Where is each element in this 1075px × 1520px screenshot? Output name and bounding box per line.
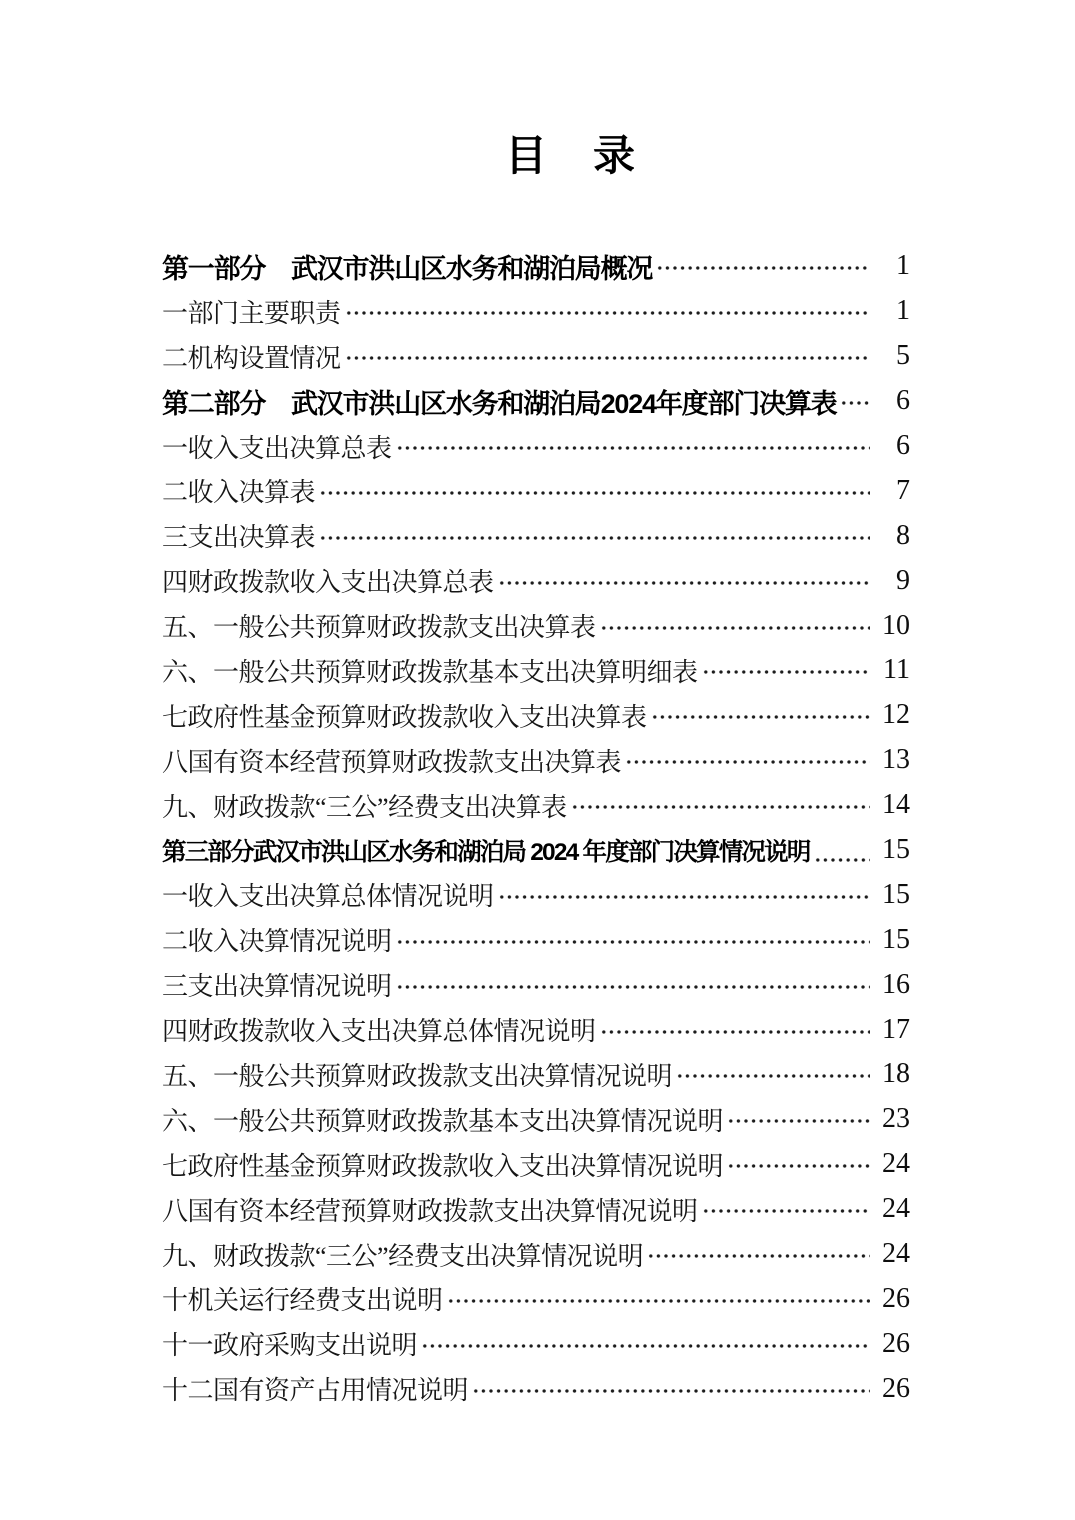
- toc-entry: 三支出决算表 8: [162, 513, 910, 558]
- toc-entry-title: 三支出决算情况说明: [162, 966, 392, 1003]
- dot-leader: [396, 962, 870, 1007]
- toc-entry-title: 一收入支出决算总体情况说明: [162, 876, 494, 913]
- toc-entry-title: 第一部分 武汉市洪山区水务和湖泊局概况: [162, 247, 652, 286]
- toc-entry-title: 十机关运行经费支出说明: [162, 1280, 443, 1317]
- page-number: 9: [880, 565, 910, 597]
- toc-entry: 九、财政拨款“三公”经费支出决算表 14: [162, 783, 910, 828]
- dot-leader: [702, 648, 870, 693]
- page-number: 14: [880, 789, 910, 821]
- dot-leader: [625, 738, 870, 783]
- page-number: 24: [880, 1193, 910, 1225]
- toc-entry: 四财政拨款收入支出决算总体情况说明 17: [162, 1007, 910, 1052]
- toc-entry-title: 七政府性基金预算财政拨款收入支出决算表: [162, 697, 647, 734]
- toc-entry: 七政府性基金预算财政拨款收入支出决算表 12: [162, 693, 910, 738]
- toc-entry: 六、一般公共预算财政拨款基本支出决算情况说明 23: [162, 1097, 910, 1142]
- dot-leader: [345, 334, 870, 379]
- toc-entry: 十二国有资产占用情况说明 26: [162, 1366, 910, 1411]
- page-number: 15: [880, 879, 910, 911]
- page-number: 15: [880, 834, 910, 866]
- toc-entry-title: 第二部分 武汉市洪山区水务和湖泊局2024年度部门决算表: [162, 382, 836, 421]
- toc-entry-title: 一收入支出决算总表: [162, 428, 392, 465]
- toc-entry: 五、一般公共预算财政拨款支出决算表 10: [162, 603, 910, 648]
- dot-leader: [345, 289, 870, 334]
- toc-entry-title: 五、一般公共预算财政拨款支出决算情况说明: [162, 1056, 672, 1093]
- toc-entry: 八国有资本经营预算财政拨款支出决算表 13: [162, 738, 910, 783]
- dot-leader: [727, 1097, 870, 1142]
- page-number: 1: [880, 295, 910, 327]
- toc-entry: 五、一般公共预算财政拨款支出决算情况说明 18: [162, 1052, 910, 1097]
- toc-section-entry: 第一部分 武汉市洪山区水务和湖泊局概况 1: [162, 244, 910, 289]
- toc-entry: 一收入支出决算总体情况说明 15: [162, 872, 910, 917]
- dot-leader: [396, 424, 870, 469]
- page-number: 16: [880, 969, 910, 1001]
- page-number: 26: [880, 1283, 910, 1315]
- page-number: 23: [880, 1103, 910, 1135]
- page-number: 12: [880, 699, 910, 731]
- toc-entry: 八国有资本经营预算财政拨款支出决算情况说明 24: [162, 1187, 910, 1232]
- page-number: 6: [880, 430, 910, 462]
- toc-content: 目 录 第一部分 武汉市洪山区水务和湖泊局概况 1 一部门主要职责 1 二机构设…: [162, 134, 910, 1411]
- toc-entry-title: 三支出决算表: [162, 517, 315, 554]
- toc-entry: 二收入决算表 7: [162, 468, 910, 513]
- dot-leader: [600, 603, 870, 648]
- toc-entry-title: 二机构设置情况: [162, 338, 341, 375]
- dot-leader: [656, 244, 870, 289]
- toc-entry-title: 第三部分武汉市洪山区水务和湖泊局 2024 年度部门决算情况说明: [162, 833, 810, 868]
- dot-leader: [571, 783, 870, 828]
- toc-entry-title: 八国有资本经营预算财政拨款支出决算情况说明: [162, 1191, 698, 1228]
- toc-entry-title: 十一政府采购支出说明: [162, 1325, 417, 1362]
- page-number: 10: [880, 610, 910, 642]
- toc-entry-title: 六、一般公共预算财政拨款基本支出决算明细表: [162, 652, 698, 689]
- document-page: 目 录 第一部分 武汉市洪山区水务和湖泊局概况 1 一部门主要职责 1 二机构设…: [0, 0, 1075, 1520]
- toc-entry: 一部门主要职责 1: [162, 289, 910, 334]
- toc-entry-title: 二收入决算表: [162, 472, 315, 509]
- dot-leader: [472, 1366, 870, 1411]
- toc-entry: 十一政府采购支出说明 26: [162, 1321, 910, 1366]
- toc-entry-title: 五、一般公共预算财政拨款支出决算表: [162, 607, 596, 644]
- toc-entry: 四财政拨款收入支出决算总表 9: [162, 558, 910, 603]
- table-of-contents: 第一部分 武汉市洪山区水务和湖泊局概况 1 一部门主要职责 1 二机构设置情况 …: [162, 244, 910, 1411]
- dot-leader: [676, 1052, 870, 1097]
- page-number: 6: [880, 385, 910, 417]
- dot-leader: [702, 1187, 870, 1232]
- page-number: 1: [880, 250, 910, 282]
- dot-leader: [396, 917, 870, 962]
- page-number: 18: [880, 1058, 910, 1090]
- toc-entry: 十机关运行经费支出说明 26: [162, 1276, 910, 1321]
- toc-entry: 九、财政拨款“三公”经费支出决算情况说明 24: [162, 1232, 910, 1277]
- toc-section-entry: 第三部分武汉市洪山区水务和湖泊局 2024 年度部门决算情况说明 15: [162, 828, 910, 873]
- dot-leader: [498, 558, 870, 603]
- toc-entry-title: 七政府性基金预算财政拨款收入支出决算情况说明: [162, 1146, 723, 1183]
- dot-leader: [600, 1007, 870, 1052]
- page-number: 17: [880, 1014, 910, 1046]
- toc-entry: 六、一般公共预算财政拨款基本支出决算明细表 11: [162, 648, 910, 693]
- dot-leader: [498, 872, 870, 917]
- toc-entry: 三支出决算情况说明 16: [162, 962, 910, 1007]
- dot-leader: [319, 468, 870, 513]
- page-number: 11: [880, 654, 910, 686]
- toc-entry: 一收入支出决算总表 6: [162, 424, 910, 469]
- dot-leader: [319, 513, 870, 558]
- page-number: 15: [880, 924, 910, 956]
- dot-leader: [727, 1142, 870, 1187]
- page-number: 8: [880, 520, 910, 552]
- toc-entry-title: 二收入决算情况说明: [162, 921, 392, 958]
- toc-entry-title: 九、财政拨款“三公”经费支出决算情况说明: [162, 1236, 643, 1273]
- toc-entry-title: 四财政拨款收入支出决算总表: [162, 562, 494, 599]
- dot-leader: [421, 1321, 870, 1366]
- page-number: 7: [880, 475, 910, 507]
- dot-leader: [647, 1232, 870, 1277]
- toc-entry-title: 十二国有资产占用情况说明: [162, 1370, 468, 1407]
- page-number: 26: [880, 1373, 910, 1405]
- dot-leader: [840, 379, 870, 424]
- toc-entry-title: 四财政拨款收入支出决算总体情况说明: [162, 1011, 596, 1048]
- dot-leader: [651, 693, 870, 738]
- page-number: 24: [880, 1148, 910, 1180]
- toc-entry-title: 八国有资本经营预算财政拨款支出决算表: [162, 742, 621, 779]
- toc-entry: 二收入决算情况说明 15: [162, 917, 910, 962]
- toc-title: 目 录: [232, 134, 910, 180]
- page-number: 24: [880, 1238, 910, 1270]
- dot-leader: [447, 1276, 870, 1321]
- dot-leader: [814, 828, 870, 873]
- toc-entry-title: 九、财政拨款“三公”经费支出决算表: [162, 787, 567, 824]
- toc-entry-title: 一部门主要职责: [162, 293, 341, 330]
- page-number: 26: [880, 1328, 910, 1360]
- page-number: 13: [880, 744, 910, 776]
- toc-entry-title: 六、一般公共预算财政拨款基本支出决算情况说明: [162, 1101, 723, 1138]
- toc-entry: 七政府性基金预算财政拨款收入支出决算情况说明 24: [162, 1142, 910, 1187]
- toc-section-entry: 第二部分 武汉市洪山区水务和湖泊局2024年度部门决算表 6: [162, 379, 910, 424]
- page-number: 5: [880, 340, 910, 372]
- toc-entry: 二机构设置情况 5: [162, 334, 910, 379]
